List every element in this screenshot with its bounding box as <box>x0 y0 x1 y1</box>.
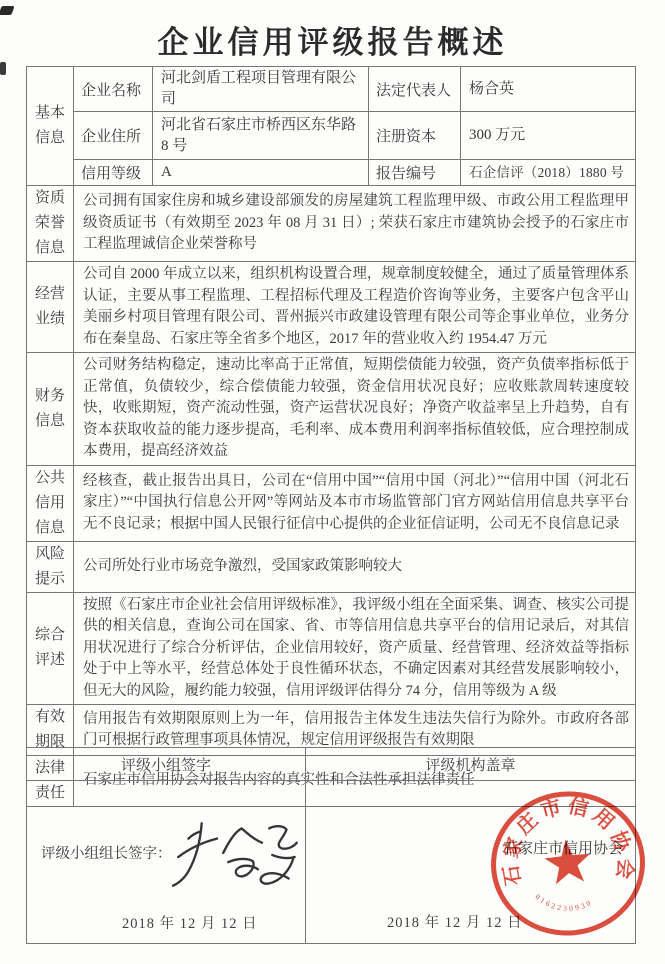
section-content-performance: 公司自 2000 年成立以来，组织机构设置合理，规章制度较健全，通过了质量管理体… <box>74 262 636 353</box>
section-content-qualifications: 公司拥有国家住房和城乡建设部颁发的房屋建筑工程监理甲级、市政公用工程监理甲级资质… <box>74 186 636 262</box>
section-label-risk: 风险提示 <box>27 541 74 592</box>
scan-artifact <box>0 62 6 75</box>
agency-stamp-header: 评级机构盖章 <box>306 748 636 781</box>
svg-text:0162230930: 0162230930 <box>533 887 595 917</box>
legal-rep-value: 杨合英 <box>461 67 636 112</box>
company-name-label: 企业名称 <box>74 67 153 112</box>
table-row: 评级小组签字 评级机构盖章 <box>27 748 636 781</box>
report-table: 基本信息 企业名称 河北剑盾工程项目管理有限公司 法定代表人 杨合英 企业住所 … <box>26 66 636 807</box>
scan-artifact <box>0 6 15 15</box>
section-label-performance: 经营业绩 <box>27 262 74 353</box>
table-row: 综合评述 按照《石家庄市企业社会信用评级标准》，我评级小组在全面采集、调查、核实… <box>27 592 636 705</box>
table-row: 风险提示 公司所处行业市场竞争激烈，受国家政策影响较大 <box>27 541 636 592</box>
table-row: 公共信用信息 经核查，截止报告出具日，公司在“信用中国”“信用中国（河北）”“信… <box>27 465 636 541</box>
company-name-value: 河北剑盾工程项目管理有限公司 <box>153 67 369 112</box>
table-row: 基本信息 企业名称 河北剑盾工程项目管理有限公司 法定代表人 杨合英 <box>27 67 636 112</box>
seal-code-text: 0162230930 <box>533 887 595 917</box>
report-page: 企业信用评级报告概述 基本信息 企业名称 河北剑盾工程项目管理有限公司 法定代表… <box>0 0 665 964</box>
signature-table: 评级小组签字 评级机构盖章 评级小组组长签字： 牛合贤 <box>26 747 636 944</box>
registered-capital-value: 300 万元 <box>461 112 636 160</box>
section-content-finance: 公司财务结构稳定，速动比率高于正常值，短期偿债能力较强，资产负债率指标低于正常值… <box>74 353 636 466</box>
team-signature-date: 2018 年 12 月 12 日 <box>122 912 258 933</box>
report-number-value: 石企信评（2018）1880 号 <box>461 160 636 186</box>
table-row: 经营业绩 公司自 2000 年成立以来，组织机构设置合理，规章制度较健全，通过了… <box>27 262 636 353</box>
section-content-overall: 按照《石家庄市企业社会信用评级标准》，我评级小组在全面采集、调查、核实公司提供的… <box>74 592 636 705</box>
table-row: 信用等级 A 报告编号 石企信评（2018）1880 号 <box>27 160 636 186</box>
section-content-risk: 公司所处行业市场竞争激烈，受国家政策影响较大 <box>74 541 636 592</box>
team-signature-cell: 评级小组组长签字： 牛合贤 <box>27 781 306 944</box>
legal-rep-label: 法定代表人 <box>369 67 461 112</box>
table-row: 企业住所 河北省石家庄市桥西区东华路 8 号 注册资本 300 万元 <box>27 112 636 160</box>
handwritten-signature <box>170 816 308 896</box>
team-signature-header: 评级小组签字 <box>27 748 306 781</box>
company-address-value: 河北省石家庄市桥西区东华路 8 号 <box>153 112 369 160</box>
leader-signature-name: 牛合贤 <box>28 782 29 783</box>
registered-capital-label: 注册资本 <box>369 112 461 160</box>
credit-grade-value: A <box>153 160 369 186</box>
leader-signature-label: 评级小组组长签字： <box>41 842 172 863</box>
section-label-overall: 综合评述 <box>27 592 74 705</box>
agency-name-text: 石家庄市信用协会 <box>503 837 623 858</box>
agency-stamp-cell: 石家庄市信用协会 2018 年 12 月 12 日 石家庄市信用协会 <box>306 781 636 944</box>
section-label-qualifications: 资质荣誉信息 <box>27 186 74 262</box>
table-row: 财务信息 公司财务结构稳定，速动比率高于正常值，短期偿债能力较强，资产负债率指标… <box>27 353 636 466</box>
table-row: 资质荣誉信息 公司拥有国家住房和城乡建设部颁发的房屋建筑工程监理甲级、市政公用工… <box>27 186 636 262</box>
agency-stamp-date: 2018 年 12 月 12 日 <box>387 911 523 932</box>
basic-info-section-label: 基本信息 <box>27 67 74 186</box>
section-label-public-credit: 公共信用信息 <box>27 465 74 541</box>
company-address-label: 企业住所 <box>74 112 153 160</box>
section-label-finance: 财务信息 <box>27 353 74 466</box>
credit-grade-label: 信用等级 <box>74 160 153 186</box>
table-row: 评级小组组长签字： 牛合贤 <box>27 781 636 944</box>
page-title: 企业信用评级报告概述 <box>0 17 665 62</box>
report-number-label: 报告编号 <box>369 160 461 186</box>
section-content-public-credit: 经核查，截止报告出具日，公司在“信用中国”“信用中国（河北）”“信用中国（河北石… <box>74 465 636 541</box>
